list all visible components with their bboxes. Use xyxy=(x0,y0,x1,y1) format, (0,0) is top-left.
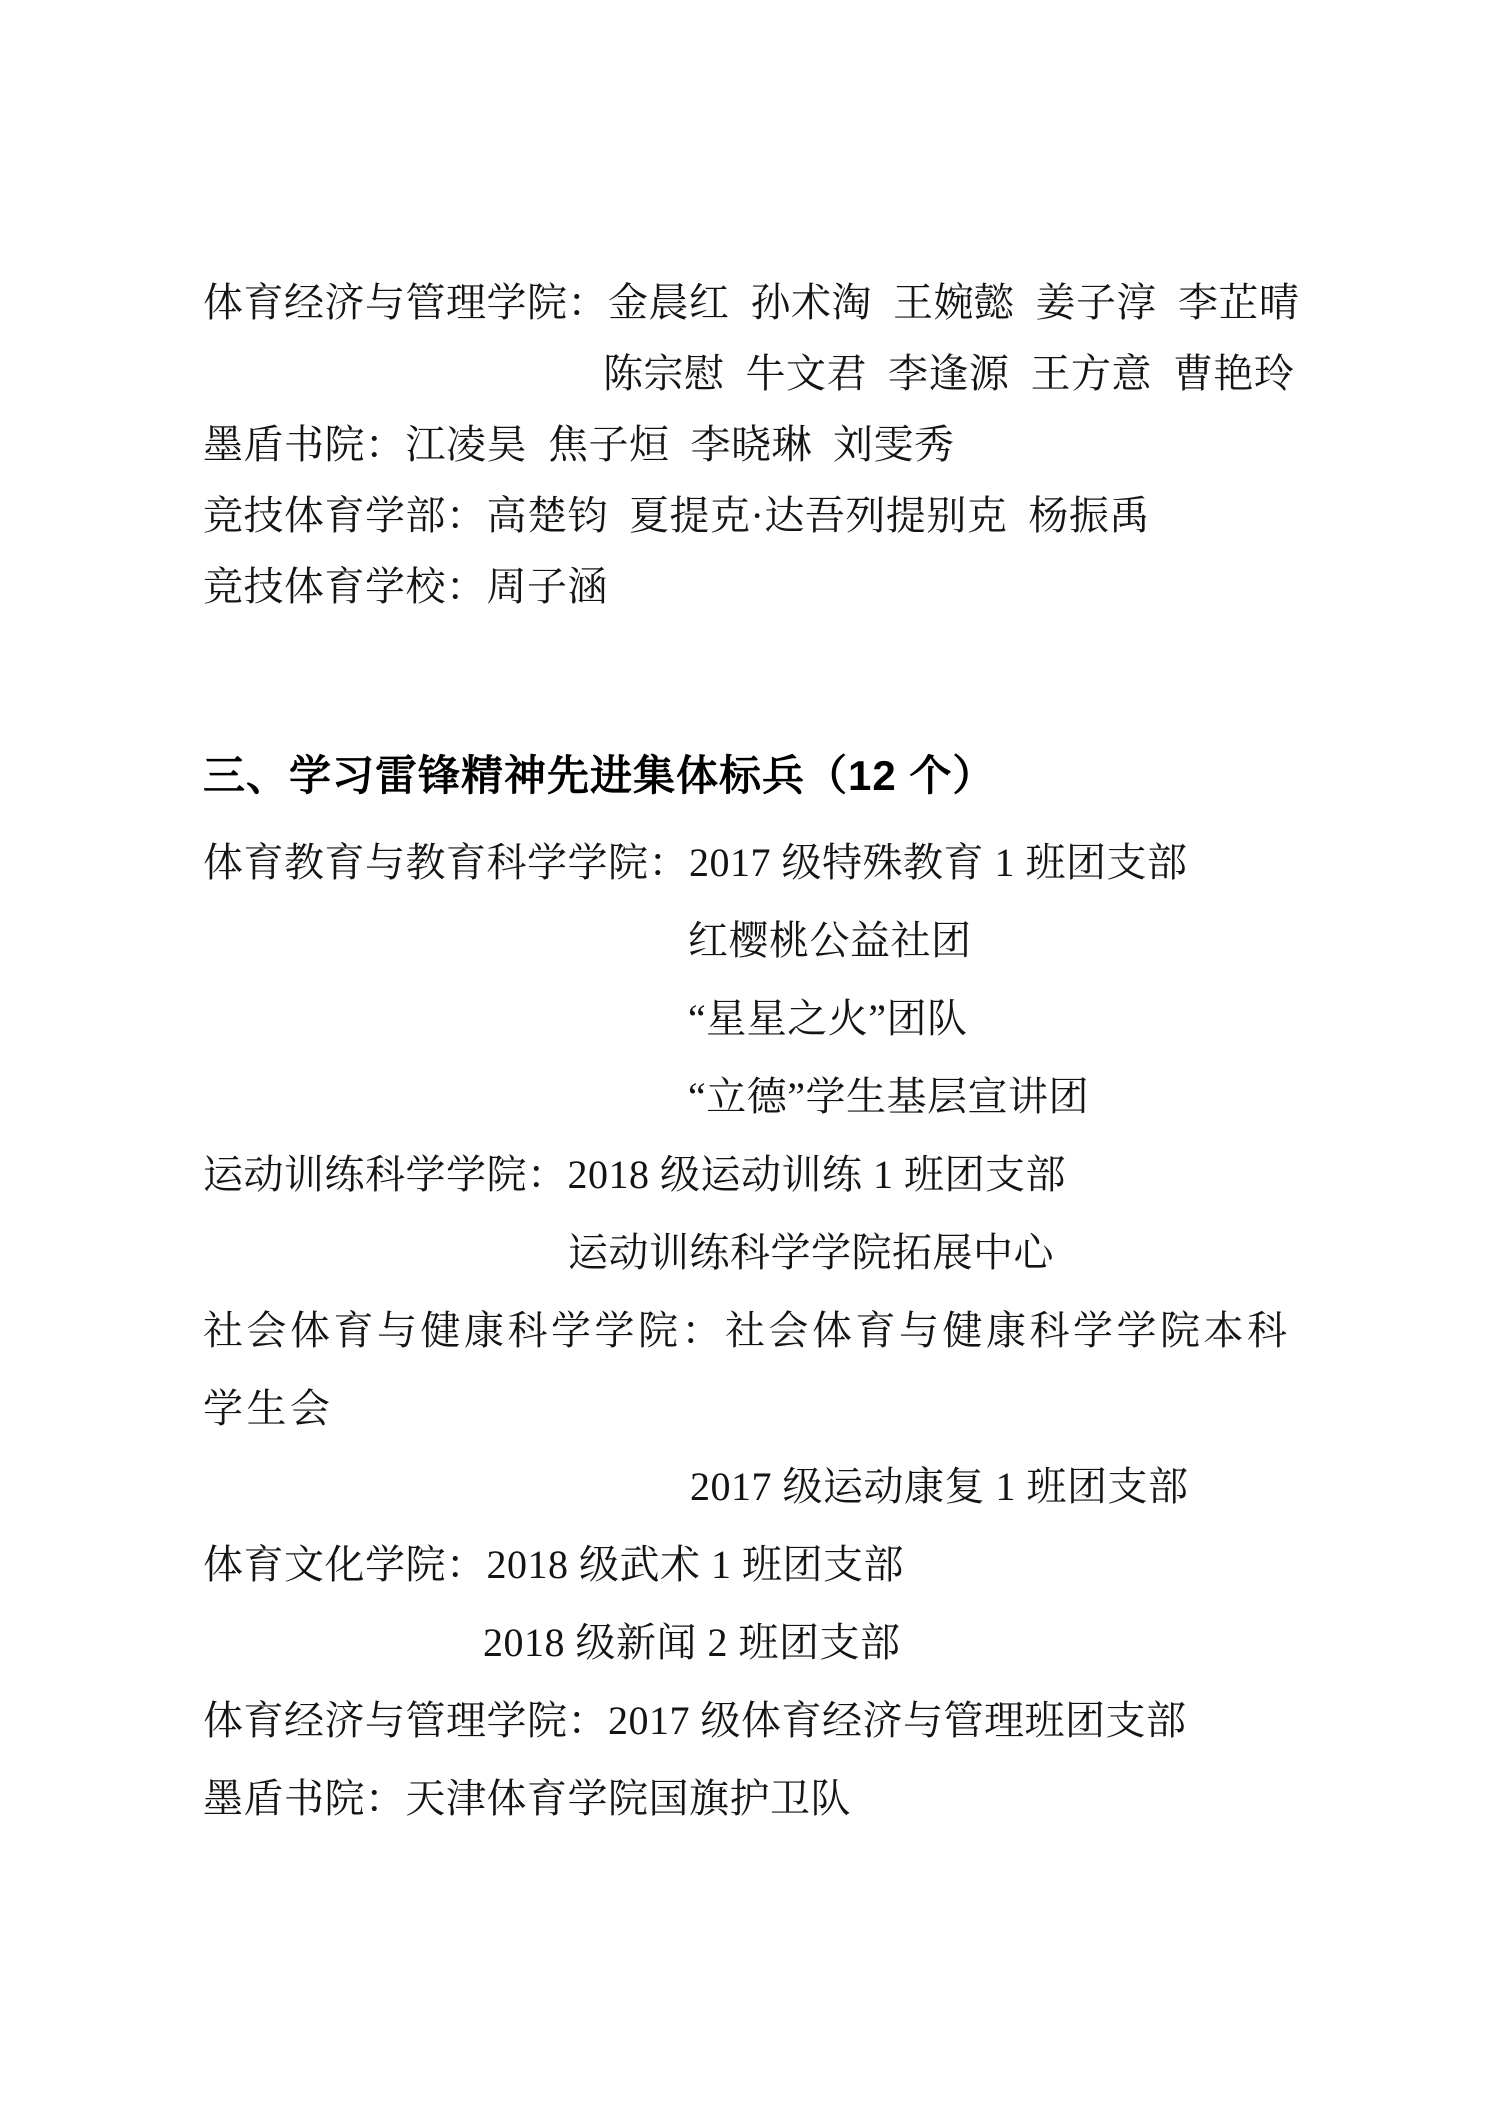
award-line-competitive-sports-dept: 竞技体育学部：高楚钧 夏提克·达吾列提别克 杨振禹 xyxy=(203,480,1303,551)
document-page: 体育经济与管理学院：金晨红 孙术淘 王婉懿 姜子淳 李芷晴 陈宗慰 牛文君 李逢… xyxy=(0,0,1500,2121)
award-line-competitive-sports-school: 竞技体育学校：周子涵 xyxy=(203,551,1303,622)
collective-line-econ-mgmt-class: 体育经济与管理学院：2017 级体育经济与管理班团支部 xyxy=(203,1682,1303,1760)
document-content: 体育经济与管理学院：金晨红 孙术淘 王婉懿 姜子淳 李芷晴 陈宗慰 牛文君 李逢… xyxy=(0,0,1500,1838)
collective-line-red-cherry-club: 红樱桃公益社团 xyxy=(203,902,1303,980)
section-three-heading: 三、学习雷锋精神先进集体标兵（12 个） xyxy=(203,740,1303,812)
collective-line-rehab-class: 2017 级运动康复 1 班团支部 xyxy=(203,1448,1303,1526)
collective-line-spark-team: “星星之火”团队 xyxy=(203,980,1303,1058)
collective-line-pe-education-college: 体育教育与教育科学学院：2017 级特殊教育 1 班团支部 xyxy=(203,824,1303,902)
collective-line-journalism-class: 2018 级新闻 2 班团支部 xyxy=(203,1604,1303,1682)
award-line-econ-mgmt-continued: 陈宗慰 牛文君 李逢源 王方意 曹艳玲 xyxy=(203,338,1303,409)
collective-line-social-sports-college: 社会体育与健康科学学院：社会体育与健康科学学院本科学生会 xyxy=(203,1292,1303,1448)
award-line-econ-mgmt-college: 体育经济与管理学院：金晨红 孙术淘 王婉懿 姜子淳 李芷晴 xyxy=(203,267,1303,338)
collective-line-lide-lecture-group: “立德”学生基层宣讲团 xyxy=(203,1058,1303,1136)
collective-line-sports-training-college: 运动训练科学学院：2018 级运动训练 1 班团支部 xyxy=(203,1136,1303,1214)
award-line-modun-academy: 墨盾书院：江凌昊 焦子烜 李晓琳 刘雯秀 xyxy=(203,409,1303,480)
collective-line-expansion-center: 运动训练科学学院拓展中心 xyxy=(203,1214,1303,1292)
collective-line-sports-culture-college: 体育文化学院：2018 级武术 1 班团支部 xyxy=(203,1526,1303,1604)
collective-line-flag-guard-team: 墨盾书院：天津体育学院国旗护卫队 xyxy=(203,1760,1303,1838)
